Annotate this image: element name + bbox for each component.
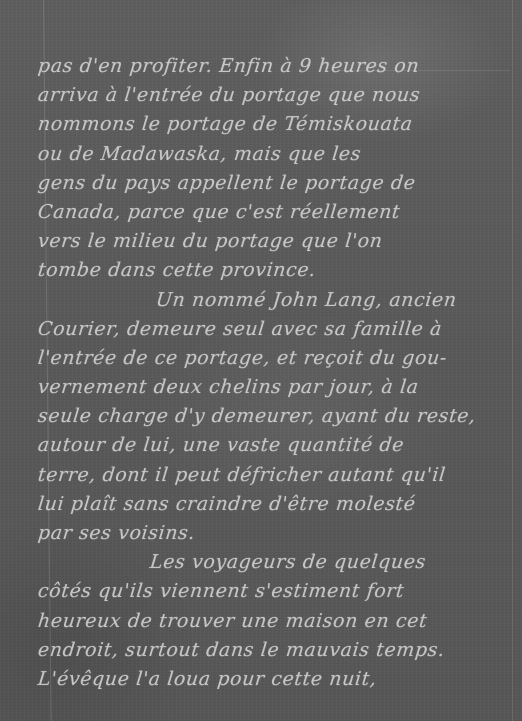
text-line: heureux de trouver une maison en cet xyxy=(36,607,499,636)
paragraph-start-line: Les voyageurs de quelques xyxy=(36,548,499,577)
text-line: terre, dont il peut défricher autant qu'… xyxy=(36,461,499,490)
text-line: lui plaît sans craindre d'être molesté xyxy=(36,490,499,519)
text-line: L'évêque l'a loua pour cette nuit, xyxy=(36,665,499,694)
handwritten-text: pas d'en profiter. Enfin à 9 heures on a… xyxy=(38,52,498,694)
text-line: vers le milieu du portage que l'on xyxy=(36,227,499,256)
text-line: arriva à l'entrée du portage que nous xyxy=(36,81,499,110)
text-line: nommons le portage de Témiskouata xyxy=(36,110,499,139)
paragraph-start-line: Un nommé John Lang, ancien xyxy=(36,286,499,315)
text-line: tombe dans cette province. xyxy=(36,256,499,285)
text-line: gens du pays appellent le portage de xyxy=(36,169,499,198)
text-line: Canada, parce que c'est réellement xyxy=(36,198,499,227)
text-line: par ses voisins. xyxy=(36,519,499,548)
text-line: ou de Madawaska, mais que les xyxy=(36,140,499,169)
text-line: endroit, surtout dans le mauvais temps. xyxy=(36,636,499,665)
text-line: vernement deux chelins par jour, à la xyxy=(36,373,499,402)
text-line: autour de lui, une vaste quantité de xyxy=(36,431,499,460)
text-line: côtés qu'ils viennent s'estiment fort xyxy=(36,577,499,606)
right-margin-line xyxy=(512,0,513,721)
text-line: Courier, demeure seul avec sa famille à xyxy=(36,315,499,344)
text-line: l'entrée de ce portage, et reçoit du gou… xyxy=(36,344,499,373)
text-line: seule charge d'y demeurer, ayant du rest… xyxy=(36,402,499,431)
manuscript-page: pas d'en profiter. Enfin à 9 heures on a… xyxy=(0,0,522,721)
text-line: pas d'en profiter. Enfin à 9 heures on xyxy=(36,52,499,81)
